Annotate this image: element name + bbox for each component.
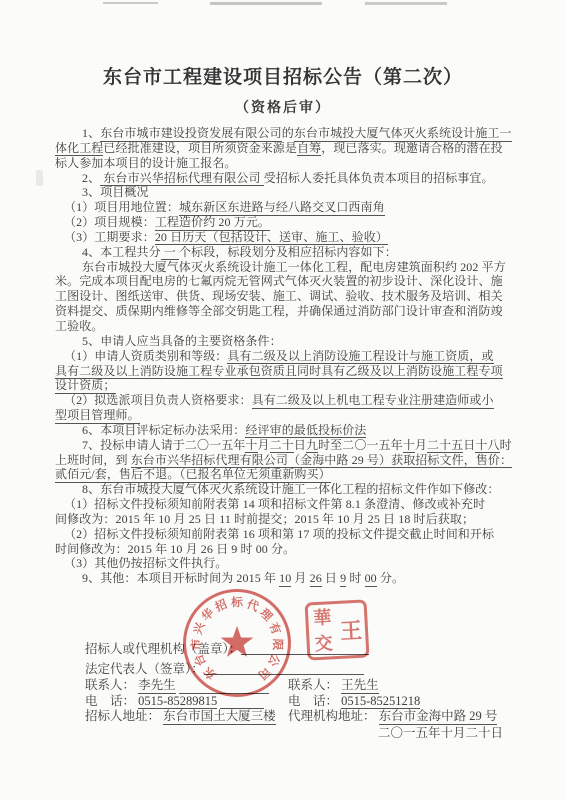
contact-person-row: 联系人： 李先生 联系人： 王先生 (85, 678, 507, 694)
body-line: 体化工程已经批准建设，项目所须资金来源是自筹，现已落实。现邀请合格的潜在投 (55, 141, 527, 156)
seal-text-char: 理 (257, 606, 275, 624)
seal-row-label: 招标人或代理机构（盖章）： (85, 642, 241, 658)
phone-left-label: 电 话： (85, 694, 135, 708)
body-line: 米。完成本项目配电房的七氟丙烷无管网式气体灭火装置的初步设计、深化设计、施 (55, 274, 527, 289)
seal-blank-line (241, 642, 369, 655)
body-line: （3）其他仍按招标文件执行。 (55, 556, 527, 571)
body-line: 具有二级及以上消防设施工程专业承包资质且同时具有乙级及以上消防设施工程专项 (55, 364, 527, 379)
body-line: 8、东台市城投大厦气体灭火系统设计施工一体化工程的招标文件作如下修改： (55, 482, 527, 497)
body-line: 间修改为：2015 年 10 月 25 日 11 时前提交；2015 年 10 … (55, 512, 527, 527)
page-title: 东台市工程建设项目招标公告（第二次） (0, 62, 566, 89)
body-line: 资料提交、质保期内维修等全部交钥匙工程，并确保通过消防部门设计审查和消防竣 (55, 304, 527, 319)
body-line: 型项目管理师。 (55, 408, 527, 423)
contact-left-value: 李先生 (138, 678, 176, 694)
body-line: （2）项目规模：工程造价约 20 万元。 (55, 215, 527, 230)
body-line: 设计资质； (55, 378, 527, 393)
contact-left-blank (179, 681, 269, 694)
phone-row: 电 话： 0515-85289815 电 话： 0515-85251218 (85, 694, 507, 710)
square-seal-char-top: 華 (313, 608, 332, 627)
legal-rep-blank-line (204, 662, 364, 675)
scan-artifact (210, 2, 322, 5)
square-seal-char-right: 王 (339, 613, 363, 645)
seal-row: 招标人或代理机构（盖章）： (85, 642, 507, 658)
seal-text-char: 标 (230, 595, 243, 609)
seal-text-char: 有 (266, 620, 283, 636)
agency-address-value: 东台市金海中路 29 号 (379, 709, 498, 725)
body-line: 工验收。 (55, 319, 527, 334)
body-line: 9、其他：本项目开标时间为 2015 年 10 月 26 日 9 时 00 分。 (55, 571, 527, 586)
body-line: 6、本项目评标定标办法采用：经评审的最低投标价法 (55, 423, 527, 438)
seal-text-char: 华 (199, 605, 217, 623)
body-line: 标人参加本项目的设计施工报名。 (55, 156, 527, 171)
scan-smudge (36, 170, 43, 186)
body-line: 贰佰元/套，售后不退。（已报名单位无须重新购买） (55, 467, 527, 482)
body-line: 1、东台市城市建设投资发展有限公司的东台市城投大厦气体灭火系统设计施工一 (55, 126, 527, 141)
body-line: 5、申请人应当具备的主要资格条件： (55, 334, 527, 349)
body-line: （3）工期要求：20 日历天（包括设计、送审、施工、验收） (55, 230, 527, 245)
body-line: （2）招标文件投标须知前附表第 16 项和第 17 项的投标文件提交截止时间和开… (55, 527, 527, 542)
document-date: 二〇一五年十月二十日 (85, 725, 507, 741)
scan-artifact (365, 2, 447, 5)
seal-text-char: 代 (245, 597, 262, 615)
body-line: 时间修改为：2015 年 10 月 26 日 9 时 00 分。 (55, 542, 527, 557)
bidder-address-value: 东台市国土大厦三楼 (163, 709, 276, 725)
body-line: 4、本工程共分 一 个标段，标段划分及相应招标内容如下： (55, 245, 527, 260)
legal-rep-label: 法定代表人（签章）： (85, 662, 204, 678)
bidder-address-label: 招标人地址： (85, 709, 160, 723)
body-line: 工图设计、图纸送审、供货、现场安装、施工、调试、验收、技术服务及培训、相关 (55, 289, 527, 304)
body-line: 上班时间，到 东台市兴华招标代理有限公司（金海中路 29 号）获取招标文件，售价… (55, 453, 527, 468)
body-line: （1）招标文件投标须知前附表第 14 项和招标文件第 8.1 条澄清、修改或补充… (55, 497, 527, 512)
seal-text-char: 招 (212, 597, 229, 615)
phone-right-label: 电 话： (288, 694, 338, 708)
body-line: 东台市城投大厦气体灭火系统设计施工一体化工程，配电房建筑面积约 202 平方 (55, 260, 527, 275)
body-line: （1）申请人资质类别和等级：具有二级及以上消防设施工程设计与施工资质，或 (55, 349, 527, 364)
page-subtitle: （资格后审） (0, 97, 566, 117)
legal-rep-row: 法定代表人（签章）： (85, 662, 507, 678)
contact-right-label: 联系人： (288, 678, 338, 692)
phone-left-blank (220, 696, 264, 709)
body-line: （2）拟选派项目负责人资格要求：具有二级及以上机电工程专业注册建造师或小 (55, 393, 527, 408)
address-row: 招标人地址： 东台市国土大厦三楼 代理机构地址： 东台市金海中路 29 号 (85, 709, 507, 725)
announcement-body: 1、东台市城市建设投资发展有限公司的东台市城投大厦气体灭火系统设计施工一体化工程… (55, 126, 527, 586)
seal-text-char: 兴 (191, 620, 207, 636)
scanned-document-page: 东台市工程建设项目招标公告（第二次） （资格后审） 1、东台市城市建设投资发展有… (0, 0, 566, 800)
scan-artifact (103, 2, 158, 4)
phone-right-value: 0515-85251218 (341, 694, 420, 710)
contact-right-value: 王先生 (341, 678, 379, 694)
signature-block: 招标人或代理机构（盖章）： 法定代表人（签章）： 联系人： 李先生 联系人： 王… (85, 642, 507, 741)
contact-left-label: 联系人： (85, 678, 135, 692)
body-line: 7、投标申请人请于二〇一五年十月二十日九时至二〇一五年十月二十五日十八时 (55, 438, 527, 453)
phone-left-value: 0515-85289815 (138, 694, 217, 710)
body-line: 3、项目概况 (55, 185, 527, 200)
body-line: （1）项目用地位置：城东新区东进路与经八路交叉口西南角 (55, 200, 527, 215)
body-line: 2、 东台市兴华招标代理有限公司 受招标人委托具体负责本项目的招标事宜。 (55, 171, 527, 186)
agency-address-label: 代理机构地址： (288, 709, 376, 723)
